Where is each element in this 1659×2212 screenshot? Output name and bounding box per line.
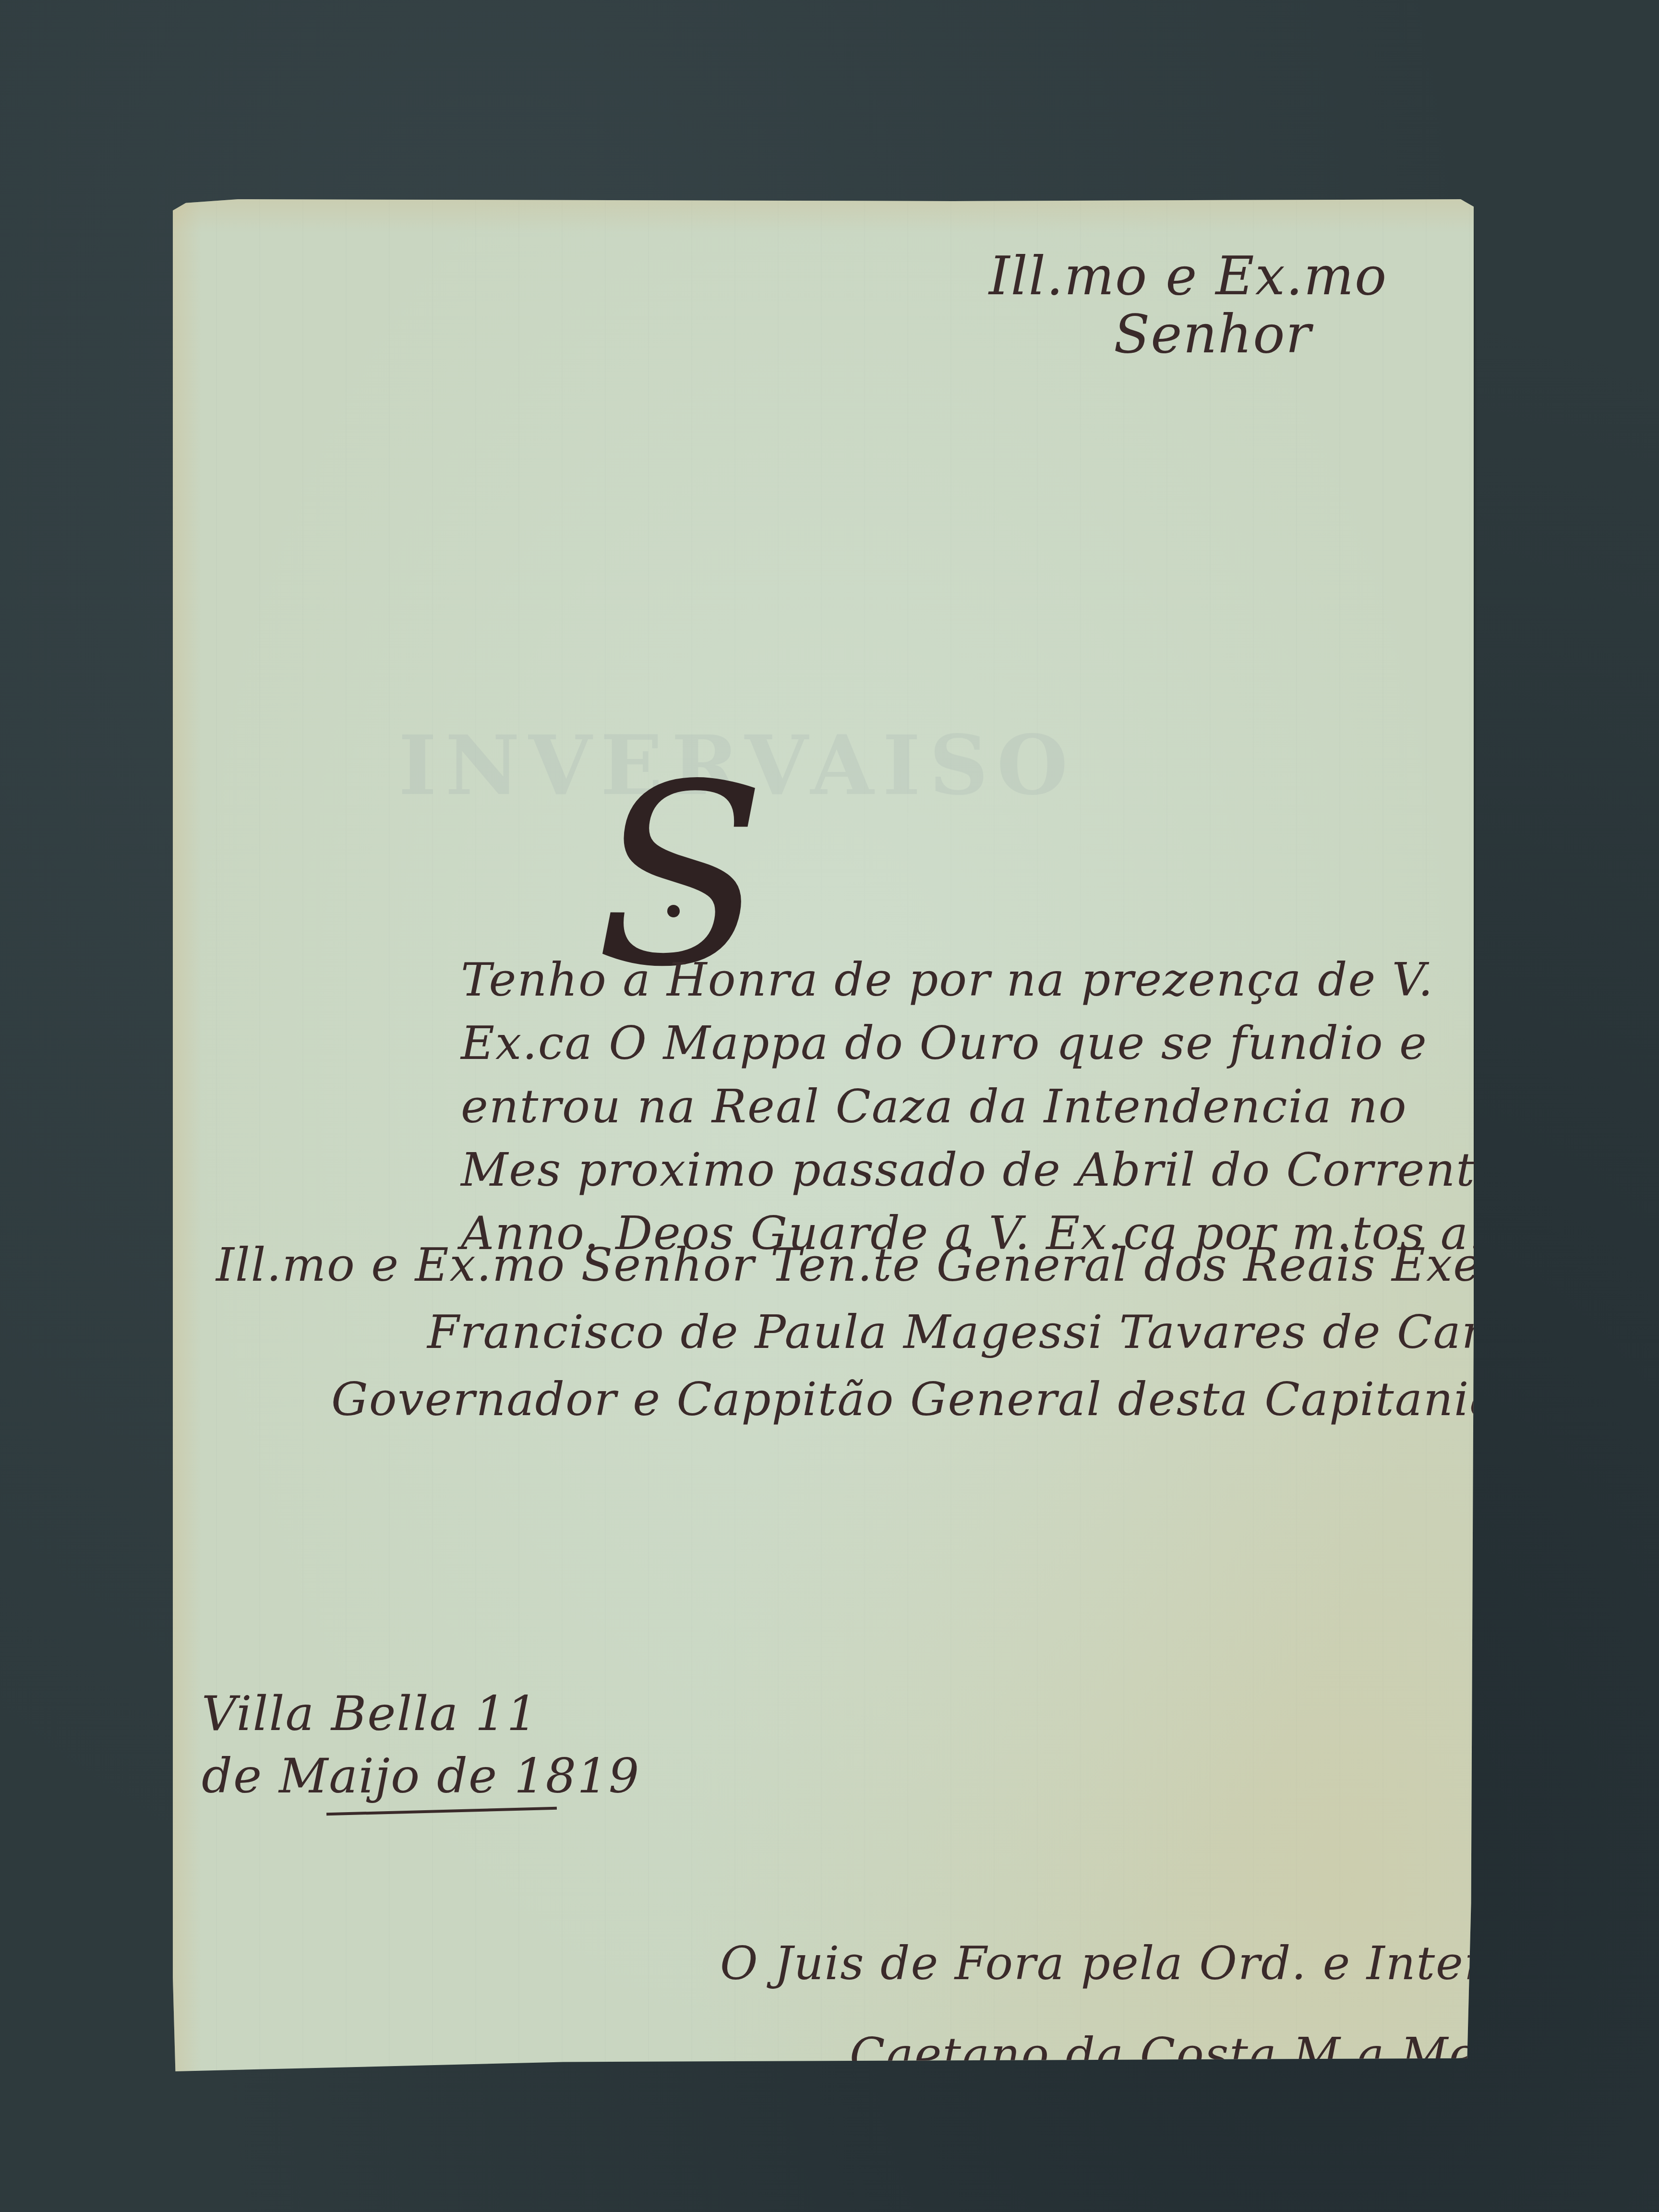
date-underline	[326, 1807, 557, 1816]
body-line: Mes proximo passado de Abril do Corrente	[461, 1138, 1469, 1202]
signature-block: O Juis de Fora pela Ord. e Intendente Ca…	[720, 1918, 1632, 2100]
addressee-block: Ill.mo e Ex.mo Senhor Ten.te General dos…	[216, 1231, 1620, 1433]
dateline: Villa Bella 11 de Maijo de 1819	[202, 1683, 640, 1807]
initial-dot	[667, 905, 680, 917]
addressee-line-2: Francisco de Paula Magessi Tavares de Ca…	[216, 1298, 1620, 1366]
addressee-line-1: Ill.mo e Ex.mo Senhor Ten.te General dos…	[216, 1231, 1620, 1298]
body-line: Tenho a Honra de por na prezença de V.	[461, 948, 1469, 1011]
letter-body: Tenho a Honra de por na prezença de V. E…	[461, 948, 1469, 1265]
dateline-place: Villa Bella 11	[202, 1683, 640, 1745]
body-line: Ex.ca O Mappa do Ouro que se fundio e	[461, 1011, 1469, 1075]
salutation: Ill.mo e Ex.mo Senhor	[989, 247, 1387, 363]
addressee-line-3: Governador e Cappitão General desta Capi…	[216, 1366, 1620, 1433]
manuscript-page: INVERVAISO Ill.mo e Ex.mo Senhor S Tenho…	[173, 199, 1474, 2071]
body-line: entrou na Real Caza da Intendencia no	[461, 1075, 1469, 1138]
salutation-line-1: Ill.mo e Ex.mo	[989, 245, 1387, 307]
signature-title: O Juis de Fora pela Ord. e Intendente	[720, 1918, 1632, 2009]
salutation-line-2: Senhor	[989, 305, 1387, 363]
signature-name: Caetano da Costa M.a Mello	[720, 2009, 1632, 2100]
dateline-date: de Maijo de 1819	[202, 1745, 640, 1807]
